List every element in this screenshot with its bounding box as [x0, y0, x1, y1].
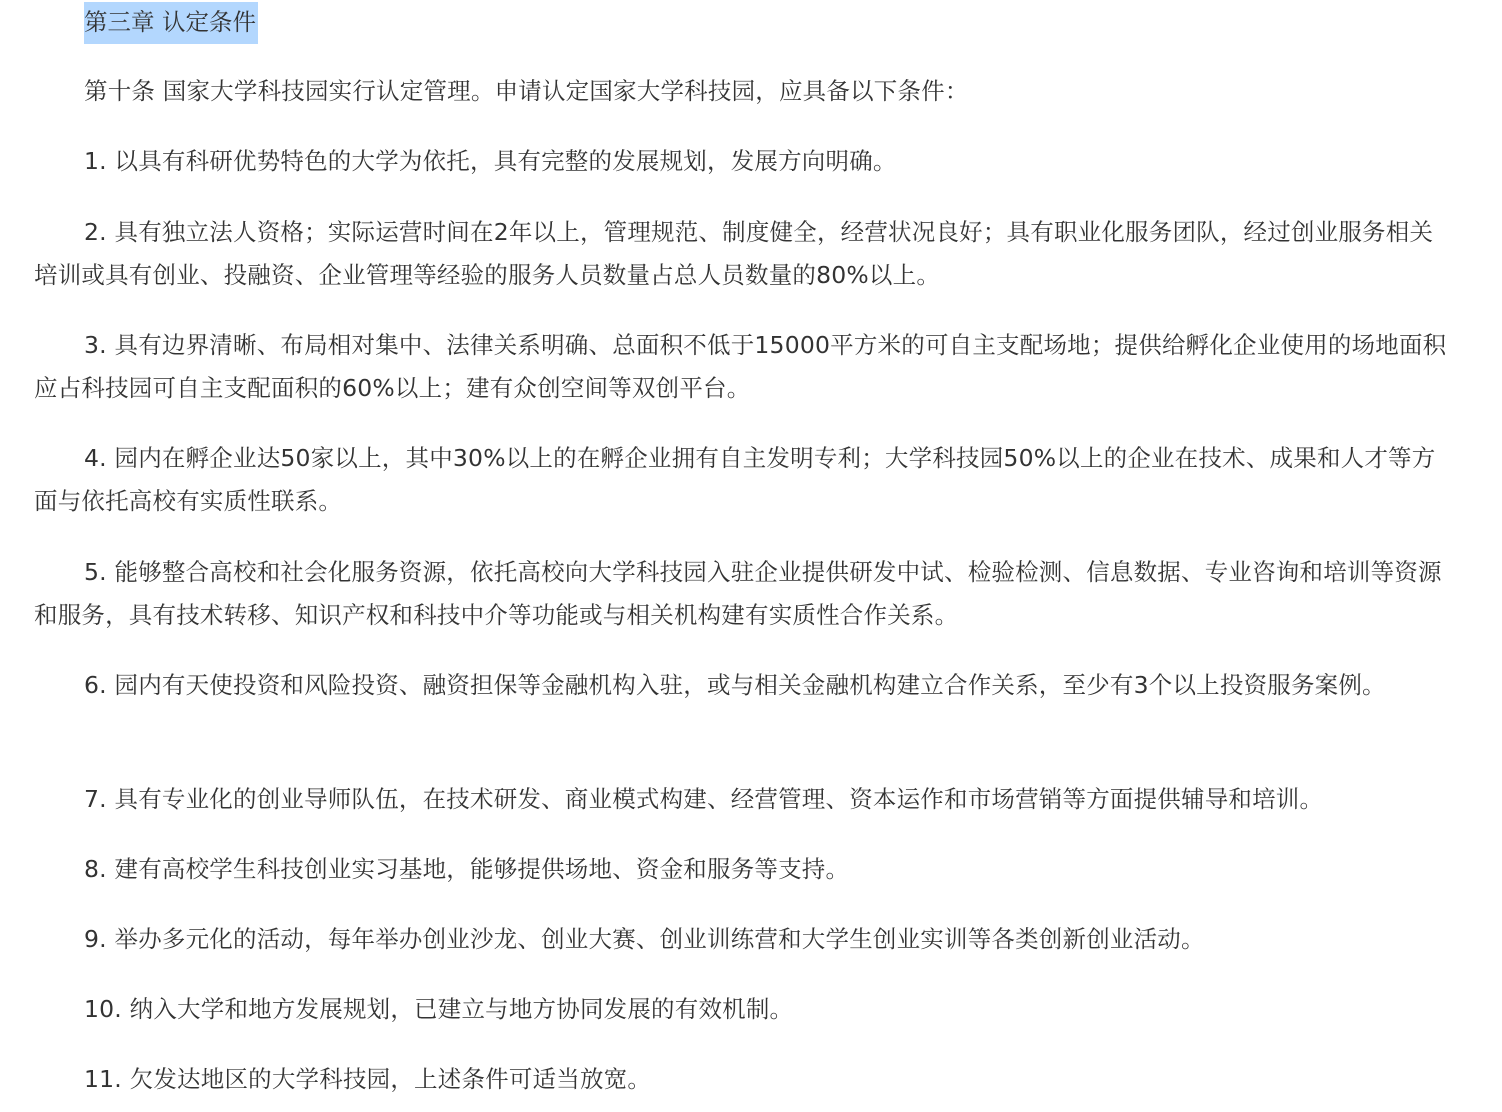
selected-text[interactable]: 第三章 认定条件: [84, 2, 258, 44]
condition-4: 4. 园内在孵企业达50家以上，其中30%以上的在孵企业拥有自主发明专利；大学科…: [34, 437, 1454, 523]
condition-2: 2. 具有独立法人资格；实际运营时间在2年以上，管理规范、制度健全，经营状况良好…: [34, 211, 1454, 297]
condition-1: 1. 以具有科研优势特色的大学为依托，具有完整的发展规划，发展方向明确。: [34, 140, 1454, 183]
condition-7: 7. 具有专业化的创业导师队伍，在技术研发、商业模式构建、经营管理、资本运作和市…: [34, 778, 1454, 821]
condition-9: 9. 举办多元化的活动，每年举办创业沙龙、创业大赛、创业训练营和大学生创业实训等…: [34, 918, 1454, 961]
condition-3: 3. 具有边界清晰、布局相对集中、法律关系明确、总面积不低于15000平方米的可…: [34, 324, 1454, 410]
article-intro: 第十条 国家大学科技园实行认定管理。申请认定国家大学科技园，应具备以下条件：: [34, 70, 1454, 113]
condition-8: 8. 建有高校学生科技创业实习基地，能够提供场地、资金和服务等支持。: [34, 848, 1454, 891]
condition-11: 11. 欠发达地区的大学科技园，上述条件可适当放宽。: [34, 1058, 1454, 1101]
condition-5: 5. 能够整合高校和社会化服务资源，依托高校向大学科技园入驻企业提供研发中试、检…: [34, 551, 1454, 637]
condition-6: 6. 园内有天使投资和风险投资、融资担保等金融机构入驻，或与相关金融机构建立合作…: [34, 664, 1454, 707]
condition-10: 10. 纳入大学和地方发展规划，已建立与地方协同发展的有效机制。: [34, 988, 1454, 1031]
chapter-heading: 第三章 认定条件: [84, 2, 258, 44]
